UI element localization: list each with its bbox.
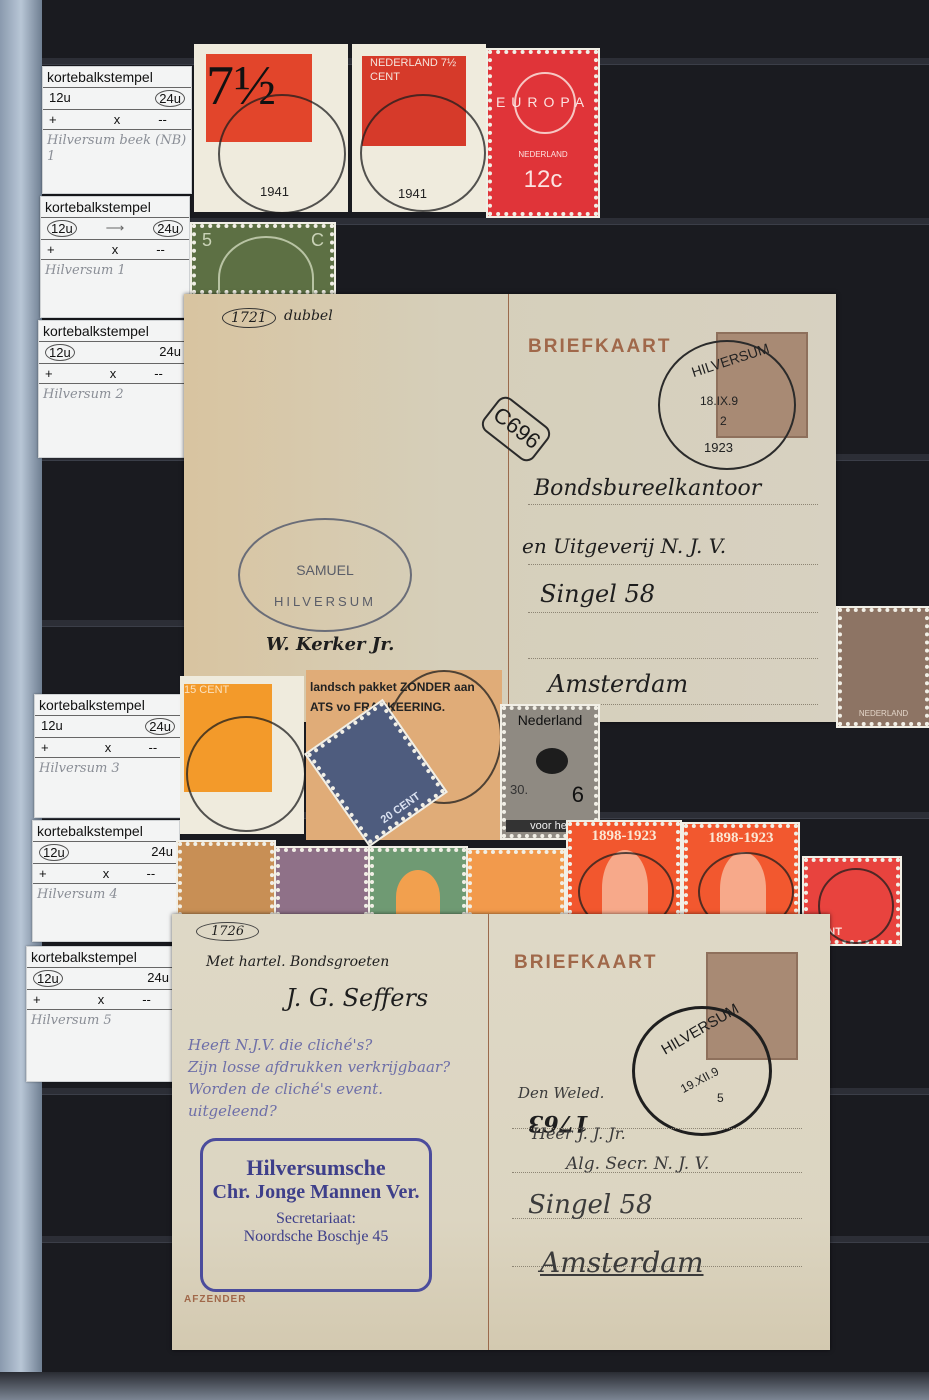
sender-rubber-stamp: Hilversumsche Chr. Jonge Mannen Ver. Sec… bbox=[200, 1138, 432, 1292]
pencil-line: Heeft N.J.V. die cliché's? bbox=[188, 1034, 488, 1056]
mark-dash: -- bbox=[138, 242, 183, 257]
card-title: kortebalkstempel bbox=[33, 821, 179, 842]
postmark-city: HILVERSUM bbox=[659, 1001, 742, 1059]
handwritten-note: Hilversum beek (NB) 1 bbox=[43, 130, 191, 168]
postmark-number: 2 bbox=[720, 414, 727, 428]
stamp-on-piece: 15 CENT bbox=[180, 676, 304, 834]
note-dubbel: dubbel bbox=[284, 308, 333, 324]
postcard-1923: 1721 dubbel BRIEFKAART HILVERSUM 18.IX.9… bbox=[184, 294, 836, 722]
mark-plus: + bbox=[33, 992, 78, 1007]
mark-dash: -- bbox=[140, 112, 185, 127]
mark-dash: -- bbox=[124, 992, 169, 1007]
hour-12: 12u bbox=[41, 718, 63, 735]
label-card: kortebalkstempel 12u24u +x-- Hilversum b… bbox=[42, 66, 192, 194]
stamp-europa-12c: EUROPA NEDERLAND 12c bbox=[488, 50, 598, 216]
stamp-text: NEDERLAND 7½ CENT bbox=[362, 56, 466, 84]
pencil-line: uitgeleend? bbox=[188, 1100, 488, 1122]
mark-x: x bbox=[93, 242, 138, 257]
afzender-label: AFZENDER bbox=[184, 1294, 246, 1305]
label-card: kortebalkstempel 12u24u +x-- Hilversum 4 bbox=[32, 820, 180, 942]
stamp-value: 12c bbox=[492, 166, 594, 194]
oval-handstamp: SAMUEL HILVERSUM bbox=[238, 518, 412, 632]
stamp-line-2: Chr. Jonge Mannen Ver. bbox=[203, 1181, 429, 1204]
stamp-value: 20 CENT bbox=[363, 779, 439, 837]
hour-12: 12u bbox=[47, 220, 77, 237]
stamp-line-1: Hilversumsche bbox=[203, 1155, 429, 1181]
stamp-child-welfare: Nederland 30. 6 voor het bbox=[502, 706, 598, 838]
postmark-date: 18.IX.9 bbox=[700, 394, 738, 408]
mark-dash: -- bbox=[131, 740, 175, 755]
address-line-3: Singel 58 bbox=[540, 580, 655, 608]
briefkaart-title: BRIEFKAART bbox=[514, 952, 658, 974]
label-card: kortebalkstempel 12u24u +x-- Hilversum 2 bbox=[38, 320, 188, 458]
mark-x: x bbox=[79, 992, 124, 1007]
reference-number: 1726 bbox=[196, 922, 259, 941]
hour-24: 24u bbox=[155, 90, 185, 107]
mark-plus: + bbox=[47, 242, 92, 257]
stamp-value: 5 bbox=[202, 230, 212, 251]
card-divider bbox=[488, 914, 489, 1350]
hour-24: 24u bbox=[151, 844, 173, 861]
handwritten-note: Hilversum 3 bbox=[35, 758, 181, 780]
postmark-year: 1941 bbox=[398, 186, 427, 201]
stamp-numeral-orange bbox=[468, 850, 564, 924]
oval-stamp-city: HILVERSUM bbox=[240, 594, 410, 609]
signature: J. G. Seffers bbox=[286, 984, 428, 1012]
box-handstamp: C696 bbox=[478, 393, 554, 465]
card-title: kortebalkstempel bbox=[27, 947, 175, 968]
address-line bbox=[528, 504, 818, 505]
mark-plus: + bbox=[49, 112, 94, 127]
mark-x: x bbox=[84, 866, 128, 881]
stamp-title: 1898-1923 bbox=[688, 830, 794, 847]
postmark-date: 19.XII.9 bbox=[678, 1064, 721, 1096]
stamp-title: 1898-1923 bbox=[572, 828, 676, 845]
stamp-text: EUROPA bbox=[492, 94, 594, 110]
stamp-numeral-brown bbox=[178, 842, 274, 924]
hour-12: 12u bbox=[39, 844, 69, 861]
briefkaart-title: BRIEFKAART bbox=[528, 336, 672, 358]
address-line-1: Bondsbureelkantoor bbox=[534, 476, 761, 501]
greeting-text: Met hartel. Bondsgroeten bbox=[206, 954, 389, 970]
mark-x: x bbox=[91, 366, 136, 381]
postmark-year: 1941 bbox=[260, 184, 289, 199]
reference-number: 1721 bbox=[222, 308, 276, 328]
mark-x: x bbox=[86, 740, 130, 755]
card-title: kortebalkstempel bbox=[41, 197, 189, 218]
oval-stamp-center: SAMUEL bbox=[240, 562, 410, 578]
hour-24: 24u bbox=[145, 718, 175, 735]
mark-dash: -- bbox=[136, 366, 181, 381]
address-line-5: Amsterdam bbox=[540, 1246, 704, 1279]
mark-plus: + bbox=[45, 366, 90, 381]
stamp-queen-lilac bbox=[276, 848, 368, 924]
handwritten-note: Hilversum 2 bbox=[39, 384, 187, 406]
card-title: kortebalkstempel bbox=[35, 695, 181, 716]
hour-24: 24u bbox=[153, 220, 183, 237]
stamp-value: 15 CENT bbox=[184, 684, 272, 696]
mark-plus: + bbox=[39, 866, 83, 881]
address-line-4: Singel 58 bbox=[528, 1190, 653, 1220]
postmark bbox=[186, 716, 306, 832]
card-title: kortebalkstempel bbox=[43, 67, 191, 88]
card-divider bbox=[508, 294, 509, 722]
stamp-brown-queen: NEDERLAND bbox=[838, 608, 929, 726]
handwritten-note: Hilversum 1 bbox=[41, 260, 189, 282]
label-card: kortebalkstempel 12u⟶24u +x-- Hilversum … bbox=[40, 196, 190, 318]
postmark-hilversum: HILVERSUM 18.IX.9 2 1923 bbox=[658, 340, 796, 470]
address-line-3: Alg. Secr. N. J. V. bbox=[566, 1154, 709, 1174]
mark-x: x bbox=[95, 112, 140, 127]
page-bottom bbox=[0, 1372, 929, 1400]
stamp-line-4: Noordsche Boschje 45 bbox=[203, 1228, 429, 1246]
address-line bbox=[528, 564, 818, 565]
mark-plus: + bbox=[41, 740, 85, 755]
stamp-value: 6 bbox=[572, 782, 584, 808]
handwritten-note: Hilversum 5 bbox=[27, 1010, 175, 1032]
stamp-horses-5c: 5 C bbox=[192, 224, 334, 294]
hour-12: 12u bbox=[49, 90, 71, 107]
child-figure-icon bbox=[536, 748, 568, 774]
hour-12: 12u bbox=[33, 970, 63, 987]
address-line-4: Amsterdam bbox=[548, 670, 688, 698]
parcel-card-fragment: landsch pakket ZONDER aan ATS vo FRANKEE… bbox=[306, 670, 502, 840]
postmark-city: HILVERSUM bbox=[690, 340, 772, 380]
address-line-2: en Uitgeverij N. J. V. bbox=[522, 534, 726, 558]
stamp-queen-green bbox=[370, 848, 466, 924]
address-line bbox=[528, 704, 818, 705]
stamp-on-piece: NEDERLAND 7½ CENT 1941 bbox=[352, 44, 486, 212]
stamp-jubilee-1923: 1898-1923 bbox=[684, 824, 798, 928]
stamp-on-piece: 7½ 1941 bbox=[194, 44, 348, 212]
address-line-2: Heer J. J. Jr. bbox=[532, 1124, 626, 1143]
label-card: kortebalkstempel 12u24u +x-- Hilversum 5 bbox=[26, 946, 176, 1082]
pencil-line: Zijn losse afdrukken verkrijgbaar? bbox=[188, 1056, 488, 1078]
stamp-line-3: Secretariaat: bbox=[203, 1210, 429, 1228]
hour-12: 12u bbox=[45, 344, 75, 361]
hour-24: 24u bbox=[159, 344, 181, 361]
postmark-year: 1923 bbox=[704, 440, 733, 455]
stamp-currency: C bbox=[311, 230, 324, 251]
card-title: kortebalkstempel bbox=[39, 321, 187, 342]
pencil-note: Heeft N.J.V. die cliché's? Zijn losse af… bbox=[188, 1034, 488, 1122]
mark-dash: -- bbox=[129, 866, 173, 881]
postmark-date: 30. bbox=[510, 782, 528, 797]
handwritten-note: Hilversum 4 bbox=[33, 884, 179, 906]
postmark-number: 5 bbox=[717, 1091, 724, 1105]
address-line bbox=[528, 612, 818, 613]
stamp-country: Nederland bbox=[506, 712, 594, 728]
stamp-country: NEDERLAND bbox=[492, 150, 594, 159]
sender-signature: W. Kerker Jr. bbox=[266, 634, 394, 655]
postmark-hilversum: HILVERSUM 19.XII.9 5 bbox=[632, 1006, 772, 1136]
label-card: kortebalkstempel 12u24u +x-- Hilversum 3 bbox=[34, 694, 182, 818]
pencil-line: Worden de cliché's event. bbox=[188, 1078, 488, 1100]
postcard-hilversum-cjmv: 1726 Met hartel. Bondsgroeten J. G. Seff… bbox=[172, 914, 830, 1350]
address-line bbox=[528, 658, 818, 659]
stamp-country: NEDERLAND bbox=[842, 709, 925, 718]
hour-24: 24u bbox=[147, 970, 169, 987]
address-line-1: Den Weled. bbox=[518, 1084, 604, 1102]
